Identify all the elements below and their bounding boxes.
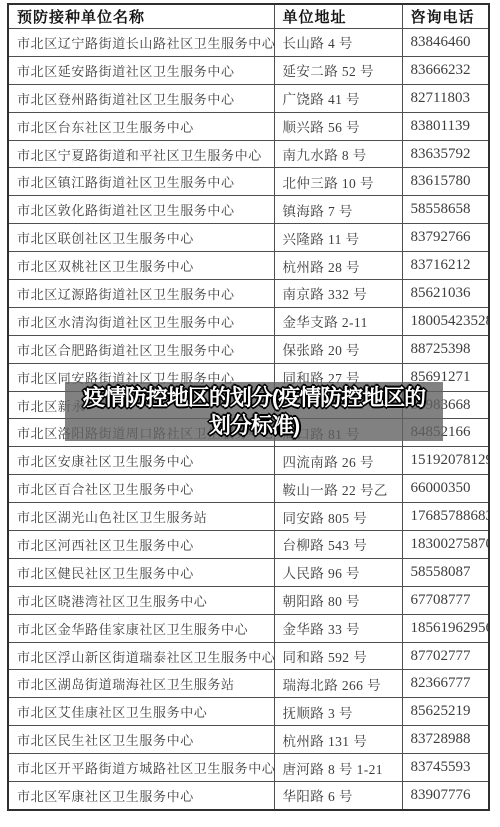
unit-name-cell: 市北区安康社区卫生服务中心 [8,447,274,475]
address-cell: 四流南路 26 号 [274,447,402,475]
phone-cell: 66000350 [402,475,489,503]
phone-cell: 88725398 [402,335,489,363]
header-unit-name: 预防接种单位名称 [8,4,274,29]
phone-cell: 58558087 [402,558,489,586]
address-cell: 镇海路 7 号 [274,196,402,224]
address-cell: 唐河路 8 号 1-21 [274,754,402,782]
address-cell: 广饶路 41 号 [274,84,402,112]
unit-name-cell: 市北区健民社区卫生服务中心 [8,558,274,586]
table-row: 市北区晓港湾社区卫生服务中心朝阳路 80 号67708777 [8,586,489,614]
address-cell: 同和路 592 号 [274,642,402,670]
unit-name-cell: 市北区洛阳路街道周口路社区卫生服务中心 [8,419,274,447]
phone-cell: 83635792 [402,140,489,168]
table-row: 市北区民生社区卫生服务中心杭州路 131 号83728988 [8,726,489,754]
table-row: 市北区双桃社区卫生服务中心杭州路 28 号83716212 [8,252,489,280]
address-cell: 杭州路 131 号 [274,726,402,754]
address-cell: 朝阳路 80 号 [274,586,402,614]
address-cell: 保张路 20 号 [274,335,402,363]
unit-name-cell: 市北区敦化路街道社区卫生服务中心 [8,196,274,224]
phone-cell: 82366777 [402,670,489,698]
unit-name-cell: 市北区艾佳康社区卫生服务中心 [8,698,274,726]
table-row: 市北区同安路街道社区卫生服务中心同和路 27 号85691271 [8,363,489,391]
phone-cell: 83801139 [402,112,489,140]
table-row: 市北区宁夏路街道和平社区卫生服务中心南九水路 8 号83635792 [8,140,489,168]
unit-name-cell: 市北区合肥路街道社区卫生服务中心 [8,335,274,363]
table-row: 市北区辽源路街道社区卫生服务中心南京路 332 号85621036 [8,280,489,308]
phone-cell: 67708777 [402,586,489,614]
phone-cell: 83846460 [402,29,489,57]
phone-cell: 18561962956 [402,614,489,642]
phone-cell: 18300275870 [402,531,489,559]
phone-cell: 83792766 [402,224,489,252]
table-row: 市北区联创社区卫生服务中心兴隆路 11 号83792766 [8,224,489,252]
phone-cell: 58983668 [402,391,489,419]
table-row: 市北区登州路街道社区卫生服务中心广饶路 41 号82711803 [8,84,489,112]
table-row: 市北区开平路街道方城路社区卫生服务中心唐河路 8 号 1-2183745593 [8,754,489,782]
address-cell: 南京路 332 号 [274,280,402,308]
unit-name-cell: 市北区镇江路街道社区卫生服务中心 [8,168,274,196]
vaccination-units-table: 预防接种单位名称 单位地址 咨询电话 市北区辽宁路街道长山路社区卫生服务中心长山… [7,3,490,811]
unit-name-cell: 市北区宁夏路街道和平社区卫生服务中心 [8,140,274,168]
table-row: 市北区金华路佳家康社区卫生服务中心金华路 33 号18561962956 [8,614,489,642]
phone-cell: 83728988 [402,726,489,754]
address-cell: 台柳路 543 号 [274,531,402,559]
phone-cell: 18005423528 [402,307,489,335]
unit-name-cell: 市北区百合社区卫生服务中心 [8,475,274,503]
phone-cell: 83907776 [402,782,489,810]
table-row: 市北区合肥路街道社区卫生服务中心保张路 20 号88725398 [8,335,489,363]
unit-name-cell: 市北区新永 [8,391,274,419]
table-body: 市北区辽宁路街道长山路社区卫生服务中心长山路 4 号83846460市北区延安路… [8,29,489,810]
table-header: 预防接种单位名称 单位地址 咨询电话 [8,4,489,29]
table-row: 市北区湖光山色社区卫生服务站同安路 805 号17685788683 [8,503,489,531]
unit-name-cell: 市北区民生社区卫生服务中心 [8,726,274,754]
unit-name-cell: 市北区水清沟街道社区卫生服务中心 [8,307,274,335]
phone-cell: 83615780 [402,168,489,196]
table-row: 市北区百合社区卫生服务中心鞍山一路 22 号乙66000350 [8,475,489,503]
table-row: 市北区健民社区卫生服务中心人民路 96 号58558087 [8,558,489,586]
address-cell: 北仲三路 10 号 [274,168,402,196]
address-cell: 顺兴路 56 号 [274,112,402,140]
address-cell: 长山路 4 号 [274,29,402,57]
address-cell: 抚顺路 3 号 [274,698,402,726]
unit-name-cell: 市北区浮山新区街道瑞泰社区卫生服务中心 [8,642,274,670]
address-cell: 同和路 27 号 [274,363,402,391]
address-cell: 人民路 96 号 [274,558,402,586]
header-row: 预防接种单位名称 单位地址 咨询电话 [8,4,489,29]
address-cell: 杭州路 28 号 [274,252,402,280]
unit-name-cell: 市北区晓港湾社区卫生服务中心 [8,586,274,614]
table-row: 市北区辽宁路街道长山路社区卫生服务中心长山路 4 号83846460 [8,29,489,57]
phone-cell: 85691271 [402,363,489,391]
phone-cell: 85621036 [402,280,489,308]
table-row: 市北区军康社区卫生服务中心华阳路 6 号83907776 [8,782,489,810]
unit-name-cell: 市北区湖岛街道瑞海社区卫生服务站 [8,670,274,698]
address-cell: 延安二路 52 号 [274,56,402,84]
header-phone: 咨询电话 [402,4,489,29]
table-row: 市北区敦化路街道社区卫生服务中心镇海路 7 号58558658 [8,196,489,224]
unit-name-cell: 市北区辽宁路街道长山路社区卫生服务中心 [8,29,274,57]
table-row: 市北区水清沟街道社区卫生服务中心金华支路 2-1118005423528 [8,307,489,335]
table-row: 市北区艾佳康社区卫生服务中心抚顺路 3 号85625219 [8,698,489,726]
address-cell [274,391,402,419]
address-cell: 周口路 81 号 [274,419,402,447]
table-row: 市北区河西社区卫生服务中心台柳路 543 号18300275870 [8,531,489,559]
address-cell: 华阳路 6 号 [274,782,402,810]
address-cell: 兴隆路 11 号 [274,224,402,252]
table-row: 市北区洛阳路街道周口路社区卫生服务中心周口路 81 号84852166 [8,419,489,447]
table-row: 市北区延安路街道社区卫生服务中心延安二路 52 号83666232 [8,56,489,84]
unit-name-cell: 市北区湖光山色社区卫生服务站 [8,503,274,531]
unit-name-cell: 市北区同安路街道社区卫生服务中心 [8,363,274,391]
table-row: 市北区新永58983668 [8,391,489,419]
unit-name-cell: 市北区辽源路街道社区卫生服务中心 [8,280,274,308]
unit-name-cell: 市北区开平路街道方城路社区卫生服务中心 [8,754,274,782]
phone-cell: 17685788683 [402,503,489,531]
phone-cell: 83666232 [402,56,489,84]
address-cell: 南九水路 8 号 [274,140,402,168]
phone-cell: 58558658 [402,196,489,224]
table-row: 市北区安康社区卫生服务中心四流南路 26 号15192078129 [8,447,489,475]
phone-cell: 85625219 [402,698,489,726]
unit-name-cell: 市北区河西社区卫生服务中心 [8,531,274,559]
unit-name-cell: 市北区金华路佳家康社区卫生服务中心 [8,614,274,642]
unit-name-cell: 市北区延安路街道社区卫生服务中心 [8,56,274,84]
unit-name-cell: 市北区双桃社区卫生服务中心 [8,252,274,280]
phone-cell: 82711803 [402,84,489,112]
unit-name-cell: 市北区联创社区卫生服务中心 [8,224,274,252]
unit-name-cell: 市北区军康社区卫生服务中心 [8,782,274,810]
unit-name-cell: 市北区登州路街道社区卫生服务中心 [8,84,274,112]
header-address: 单位地址 [274,4,402,29]
address-cell: 鞍山一路 22 号乙 [274,475,402,503]
page: 预防接种单位名称 单位地址 咨询电话 市北区辽宁路街道长山路社区卫生服务中心长山… [0,0,500,827]
phone-cell: 87702777 [402,642,489,670]
address-cell: 金华支路 2-11 [274,307,402,335]
phone-cell: 83716212 [402,252,489,280]
unit-name-cell: 市北区台东社区卫生服务中心 [8,112,274,140]
table-row: 市北区浮山新区街道瑞泰社区卫生服务中心同和路 592 号87702777 [8,642,489,670]
phone-cell: 15192078129 [402,447,489,475]
address-cell: 瑞海北路 266 号 [274,670,402,698]
address-cell: 同安路 805 号 [274,503,402,531]
table-row: 市北区镇江路街道社区卫生服务中心北仲三路 10 号83615780 [8,168,489,196]
phone-cell: 83745593 [402,754,489,782]
table-row: 市北区台东社区卫生服务中心顺兴路 56 号83801139 [8,112,489,140]
address-cell: 金华路 33 号 [274,614,402,642]
phone-cell: 84852166 [402,419,489,447]
table-row: 市北区湖岛街道瑞海社区卫生服务站瑞海北路 266 号82366777 [8,670,489,698]
